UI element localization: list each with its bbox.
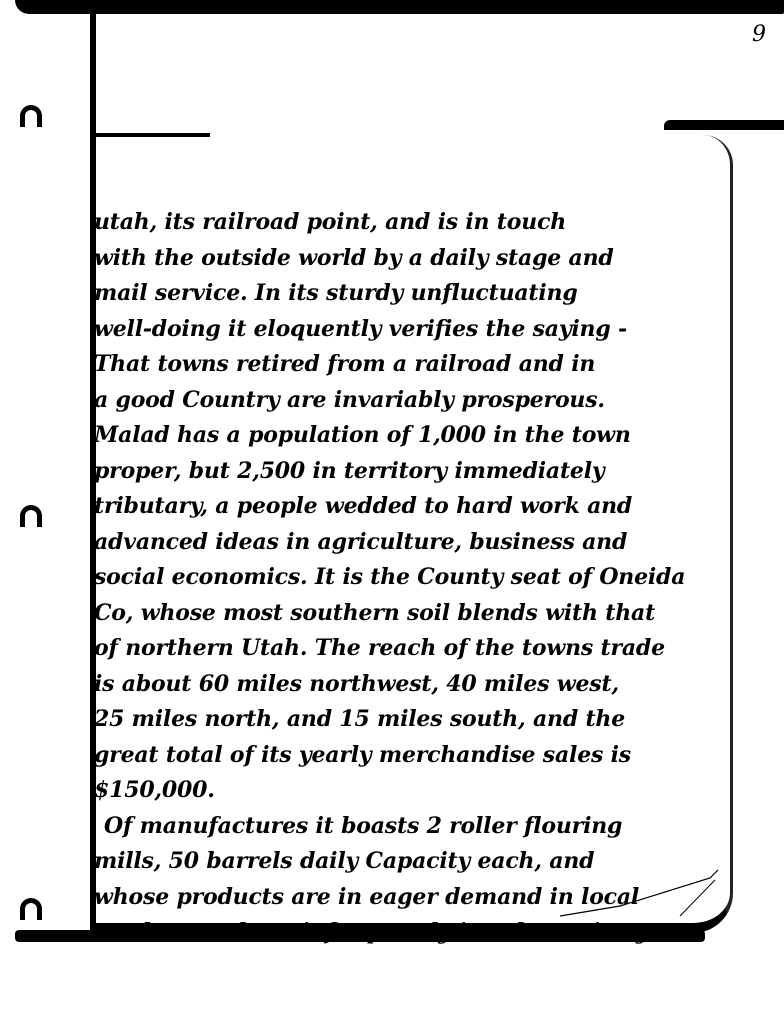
text-line: of northern Utah. The reach of the towns… xyxy=(94,631,724,667)
text-line: Co, whose most southern soil blends with… xyxy=(94,596,724,632)
text-line: social economics. It is the County seat … xyxy=(94,560,724,596)
text-line: That towns retired from a railroad and i… xyxy=(94,347,724,383)
text-line: $150,000. xyxy=(94,773,724,809)
text-line: Of manufactures it boasts 2 roller flour… xyxy=(94,809,724,845)
text-line: utah, its railroad point, and is in touc… xyxy=(94,205,724,241)
binder-top-edge xyxy=(15,0,784,14)
text-line: mills, 50 barrels daily Capacity each, a… xyxy=(94,844,724,880)
page-number: 9 xyxy=(752,22,766,47)
text-line: with the outside world by a daily stage … xyxy=(94,241,724,277)
text-line: markets and not infrequently invade terr… xyxy=(94,915,724,951)
text-line: a good Country are invariably prosperous… xyxy=(94,383,724,419)
text-line: tributary, a people wedded to hard work … xyxy=(94,489,724,525)
punch-hole-icon xyxy=(20,505,42,527)
text-line: is about 60 miles northwest, 40 miles we… xyxy=(94,667,724,703)
text-line: 25 miles north, and 15 miles south, and … xyxy=(94,702,724,738)
page-divider-right xyxy=(664,120,784,130)
text-line: great total of its yearly merchandise sa… xyxy=(94,738,724,774)
punch-hole-icon xyxy=(20,898,42,920)
text-line: Malad has a population of 1,000 in the t… xyxy=(94,418,724,454)
handwritten-text: utah, its railroad point, and is in touc… xyxy=(94,205,724,951)
text-line: mail service. In its sturdy unfluctuatin… xyxy=(94,276,724,312)
punch-hole-icon xyxy=(20,105,42,127)
text-line: well-doing it eloquently verifies the sa… xyxy=(94,312,724,348)
text-line: whose products are in eager demand in lo… xyxy=(94,880,724,916)
text-line: advanced ideas in agriculture, business … xyxy=(94,525,724,561)
text-line: proper, but 2,500 in territory immediate… xyxy=(94,454,724,490)
